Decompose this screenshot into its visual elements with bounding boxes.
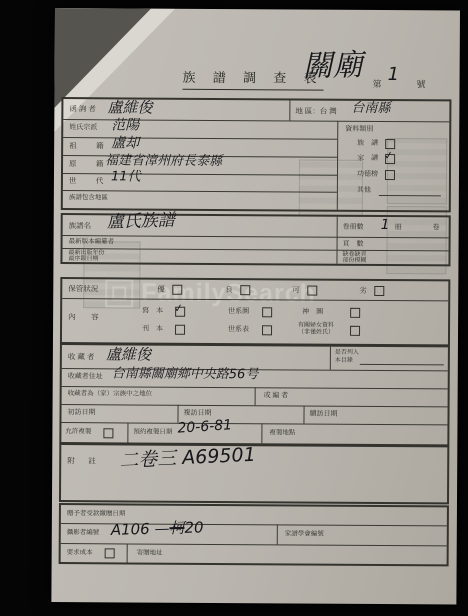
handwritten-sheet-number: 1	[388, 66, 400, 84]
condition-checkbox-good	[240, 285, 250, 295]
cost-request-checkbox	[105, 548, 115, 558]
respondent-label: 函詢者	[69, 105, 98, 113]
content-manuscript: 寫 本	[142, 308, 163, 315]
content-checkbox-ancestor-portrait	[350, 308, 360, 318]
listed-fill-line	[360, 364, 444, 366]
ancestral-value: 盧却	[111, 136, 139, 150]
copy-place-label: 複製地點	[269, 430, 295, 437]
second-visit-date-label: 複訪日期	[184, 410, 212, 417]
volumes-value: 1	[381, 218, 390, 232]
holder-address-value: 台南縣關廟鄉中央路56号	[112, 367, 259, 381]
respondent-value: 盧維俊	[107, 100, 152, 115]
condition-label: 保管狀況	[68, 285, 98, 293]
manuscript-check-mark: ✓	[173, 302, 184, 314]
area-label: 地 區：台 灣	[295, 107, 336, 115]
content-women-data-line1: 有關婦女資料	[298, 322, 334, 328]
content-pedigree-chart: 世系圖	[228, 308, 249, 315]
content-pedigree-table: 世系表	[228, 326, 249, 333]
category-option-zupu: 族 譜	[357, 140, 378, 147]
content-checkbox-pedigree-chart	[262, 307, 272, 317]
section-genealogy-name: 族譜名 盧氏族譜 卷冊數 1 冊 卷 最新版本編纂者 頁 數 最新出版年份 最序…	[60, 213, 450, 266]
genealogy-survey-form-page: FamilySearch 族 譜 調 查 表 關廟 第 1 號 函詢者 盧維俊 …	[51, 8, 460, 604]
content-label: 內 容	[68, 313, 103, 321]
volumes-unit-juan: 卷	[433, 224, 440, 231]
copy-date-label: 預約複製日期	[133, 429, 172, 436]
partially-blurred-label: 部份模糊	[342, 258, 366, 264]
origin-label: 原 籍	[69, 160, 110, 168]
cost-request-label: 要求成本	[67, 550, 93, 557]
followup-visit-date-label: 續訪日期	[310, 411, 338, 418]
content-ancestor-portrait: 神 圖	[302, 309, 323, 316]
other-fill-line	[379, 195, 441, 196]
donor-payment-date-label: 贈予者受款繳贈日期	[67, 511, 126, 518]
listed-in-catalog-label-line2: 本目錄	[335, 358, 353, 364]
copy-date-value: 20-6-81	[177, 418, 232, 435]
preface-date-label: 最序跋日期	[68, 256, 98, 262]
copy-permission-label: 允許複製	[65, 429, 91, 436]
content-checkbox-printed	[175, 325, 185, 335]
volumes-unit-ce: 冊	[395, 224, 402, 231]
genealogy-name-value: 盧氏族譜	[106, 213, 174, 232]
area-value: 台南縣	[351, 102, 390, 115]
handwritten-region-title: 關廟	[302, 51, 363, 83]
coverage-label: 族譜包含地區	[69, 195, 108, 202]
content-printed: 刊 本	[142, 326, 163, 333]
pages-label: 頁 數	[343, 241, 364, 248]
notes-value: 二卷三 A69501	[119, 446, 256, 471]
category-checkbox-zupu	[385, 139, 395, 149]
listed-in-catalog-label-line1: 是否列入	[335, 350, 359, 356]
category-option-other: 其他	[357, 187, 371, 194]
holder-address-label: 收藏者住址	[68, 373, 103, 380]
jiapu-check-mark: ✓	[383, 149, 394, 161]
section-basic-info: 函詢者 盧維俊 地 區：台 灣 台南縣 姓氏宗派 范陽 祖 籍 盧却 原 籍 福…	[61, 97, 452, 212]
ancestral-label: 祖 籍	[69, 142, 110, 150]
section-condition-content: 保管狀況 優 良 可 劣 內 容 寫 本 ✓ 世系圖 神 圖 刊 本 世系表 有…	[60, 277, 450, 346]
generations-label: 世 代	[69, 177, 110, 185]
photographer-number-value: A106 —柯20	[111, 520, 204, 538]
condition-excellent: 優	[157, 286, 165, 294]
content-checkbox-pedigree-table	[262, 325, 272, 335]
category-checkbox-gongdebang	[385, 170, 395, 180]
scanned-microfilm-frame: FamilySearch 族 譜 調 查 表 關廟 第 1 號 函詢者 盧維俊 …	[0, 0, 468, 616]
content-women-data-line2: （非僅姓氏）	[298, 329, 334, 335]
condition-checkbox-fair	[307, 286, 317, 296]
mailing-address-label: 寄贈地址	[137, 551, 163, 558]
clan-label: 姓氏宗派	[69, 124, 97, 131]
society-number-label: 家譜學會編號	[285, 531, 324, 538]
content-checkbox-women-data	[350, 326, 360, 336]
volumes-label: 卷冊數	[343, 224, 364, 231]
compiler-label: 最新版本編纂者	[69, 239, 115, 246]
condition-checkbox-excellent	[172, 285, 182, 295]
category-label: 資料類別	[345, 126, 373, 133]
category-option-gongdebang: 功德榜	[357, 171, 378, 178]
or-compiler-label: 或 編 者	[264, 392, 289, 399]
sheet-number-suffix: 號	[417, 80, 426, 89]
holder-position-label: 收藏者為（家）宗族中之地位	[68, 391, 153, 398]
generations-value: 11代	[111, 170, 141, 183]
category-option-jiapu: 家 譜	[357, 155, 378, 162]
copy-permission-checkbox	[103, 428, 113, 438]
struck-out-character: 柯	[169, 519, 185, 537]
condition-good: 良	[225, 286, 233, 294]
genealogy-name-label: 族譜名	[69, 222, 92, 230]
section-holder: 收藏者 盧維俊 是否列入 本目錄 收藏者住址 台南縣關廟鄉中央路56号 收藏者為…	[59, 343, 450, 446]
holder-value: 盧維俊	[106, 347, 151, 362]
condition-fair: 可	[292, 286, 300, 294]
photographer-number-label: 攝影者編號	[67, 530, 100, 537]
clan-value: 范陽	[111, 118, 139, 132]
origin-value: 福建省漳州府長泰縣	[105, 154, 222, 168]
condition-poor: 劣	[359, 287, 367, 295]
holder-label: 收藏者	[68, 353, 97, 361]
sheet-number-prefix: 第	[373, 80, 382, 89]
first-visit-date-label: 初訪日期	[68, 409, 96, 416]
condition-checkbox-poor	[374, 286, 384, 296]
section-donation-numbers: 贈予者受款繳贈日期 攝影者編號 A106 —柯20 家譜學會編號 要求成本 寄贈…	[59, 503, 449, 566]
notes-label: 附 註	[67, 457, 99, 465]
section-notes: 附 註 二卷三 A69501	[59, 443, 449, 504]
